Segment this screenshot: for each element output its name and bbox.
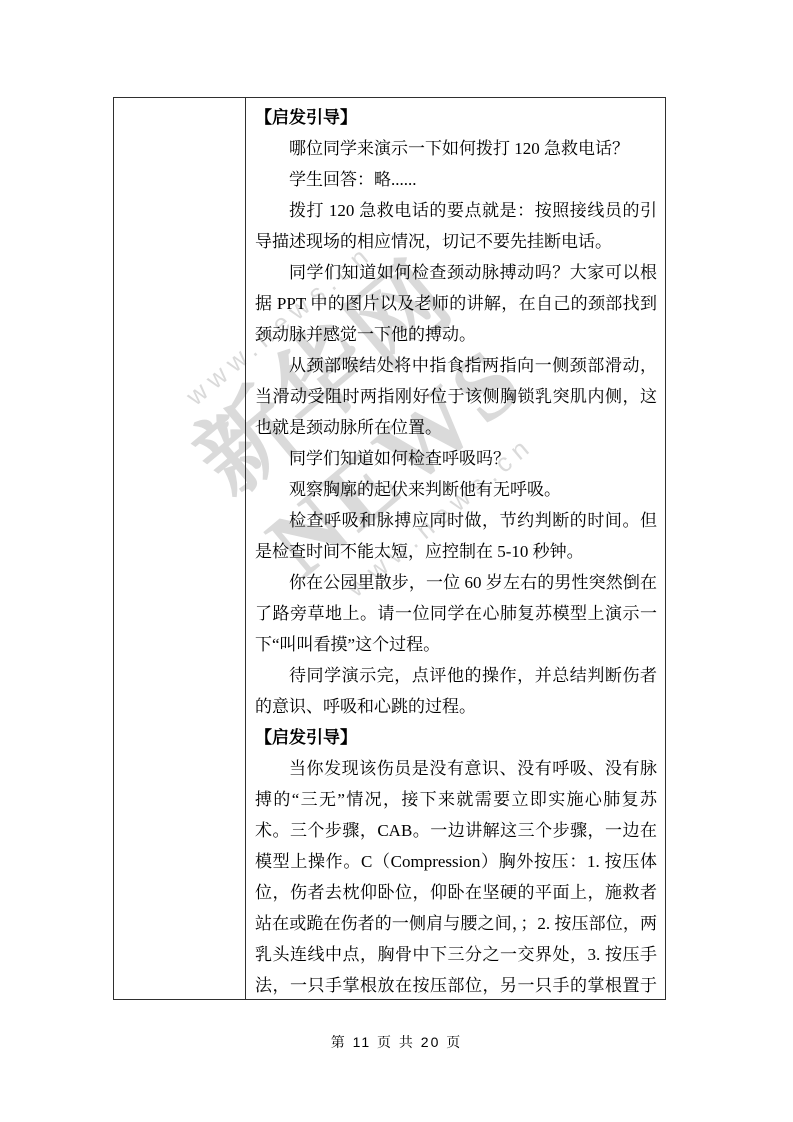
paragraph: 学生回答：略...... <box>255 164 657 195</box>
paragraph: 从颈部喉结处将中指食指两指向一侧颈部滑动，当滑动受阻时两指刚好位于该侧胸锁乳突肌… <box>255 350 657 443</box>
paragraph: 检查呼吸和脉搏应同时做，节约判断的时间。但是检查时间不能太短，应控制在 5-10… <box>255 505 657 567</box>
section-header: 【启发引导】 <box>255 722 657 753</box>
section-header: 【启发引导】 <box>255 102 657 133</box>
paragraph: 待同学演示完，点评他的操作，并总结判断伤者的意识、呼吸和心跳的过程。 <box>255 660 657 722</box>
paragraph: 拨打 120 急救电话的要点就是：按照接线员的引导描述现场的相应情况，切记不要先… <box>255 195 657 257</box>
table-content-cell: 【启发引导】哪位同学来演示一下如何拨打 120 急救电话？学生回答：略.....… <box>246 98 665 999</box>
lesson-plan-table: 【启发引导】哪位同学来演示一下如何拨打 120 急救电话？学生回答：略.....… <box>113 97 666 1000</box>
lesson-content: 【启发引导】哪位同学来演示一下如何拨打 120 急救电话？学生回答：略.....… <box>255 102 657 999</box>
table-left-cell <box>114 98 246 999</box>
document-page: www.news.cn 新华网NEWS www.news.cn 【启发引导】哪位… <box>0 0 793 1122</box>
paragraph: 哪位同学来演示一下如何拨打 120 急救电话？ <box>255 133 657 164</box>
page-number: 第 11 页 共 20 页 <box>0 1032 793 1052</box>
paragraph: 同学们知道如何检查呼吸吗？ <box>255 443 657 474</box>
paragraph: 当你发现该伤员是没有意识、没有呼吸、没有脉搏的“三无”情况，接下来就需要立即实施… <box>255 753 657 999</box>
paragraph: 你在公园里散步，一位 60 岁左右的男性突然倒在了路旁草地上。请一位同学在心肺复… <box>255 567 657 660</box>
paragraph: 观察胸廓的起伏来判断他有无呼吸。 <box>255 474 657 505</box>
paragraph: 同学们知道如何检查颈动脉搏动吗？大家可以根据 PPT 中的图片以及老师的讲解，在… <box>255 257 657 350</box>
